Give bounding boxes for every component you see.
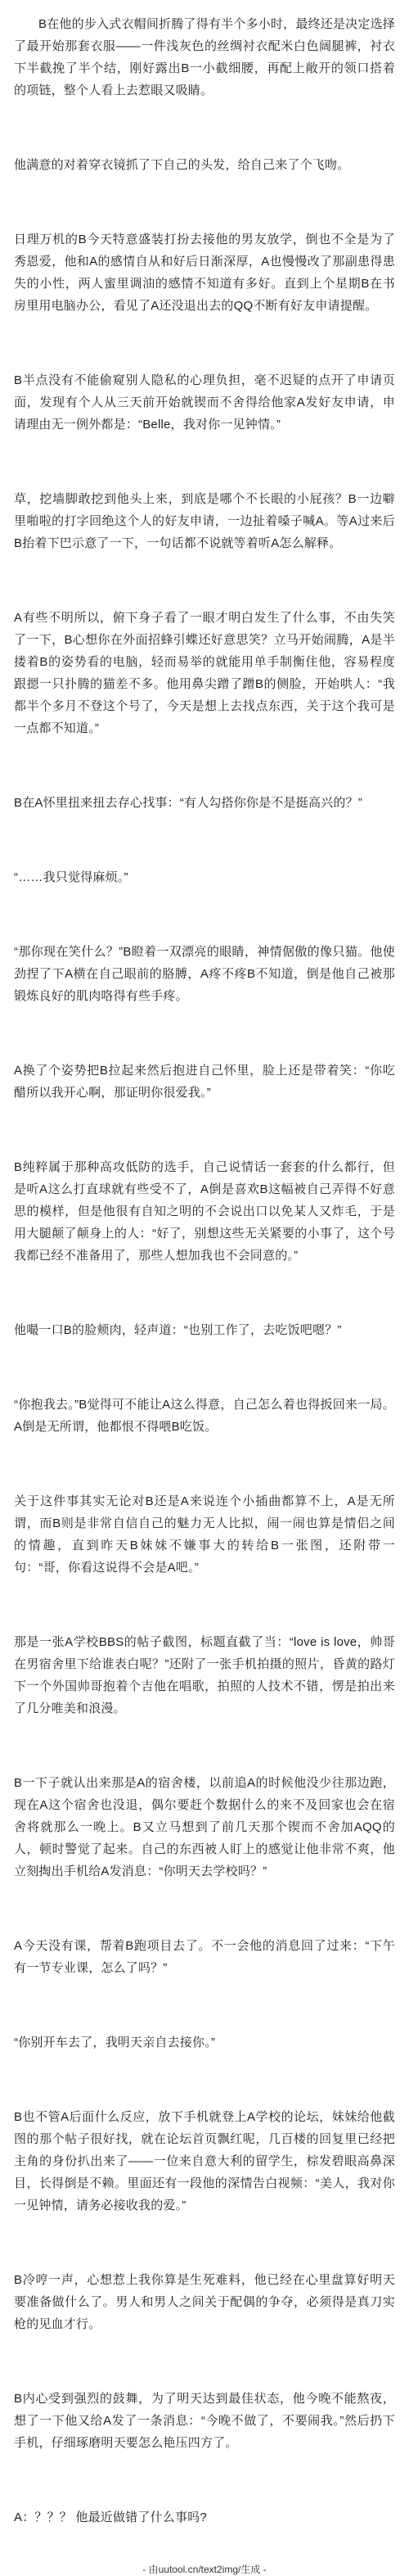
paragraph: “你别开车去了，我明天亲自去接你。” (14, 2031, 395, 2054)
paragraph: B在A怀里扭来扭去存心找事：“有人勾搭你你是不是挺高兴的？” (14, 792, 395, 814)
paragraph: “那你现在笑什么？”B瞪着一双漂亮的眼睛，神情倨傲的像只猫。他使劲捏了下A横在自… (14, 941, 395, 1007)
paragraph: 他满意的对着穿衣镜抓了下自己的头发，给自己来了个飞吻。 (14, 154, 395, 176)
story-text: B在他的步入式衣帽间折腾了得有半个多小时，最终还是决定选择了最开始那套衣服——一… (0, 0, 409, 2529)
paragraph: 那是一张A学校BBS的帖子截图，标题直截了当：“love is love，帅哥在… (14, 1631, 395, 1720)
paragraph: A有些不明所以，俯下身子看了一眼才明白发生了什么事，不由失笑了一下，B心想你在外… (14, 607, 395, 739)
generator-credit: - 由uutool.cn/text2img/生成 - (0, 2563, 409, 2576)
paragraph: B冷哼一声，心想惹上我你算是生死难料，他已经在心里盘算好明天要准备做什么了。男人… (14, 2269, 395, 2335)
paragraph: B一下子就认出来那是A的宿舍楼，以前追A的时候他没少往那边跑，现在A这个宿舍也没… (14, 1772, 395, 1882)
paragraph: A今天没有课，帮着B跑项目去了。不一会他的消息回了过来：“下午有一节专业课，怎么… (14, 1935, 395, 1979)
paragraph: B半点没有不能偷窥别人隐私的心理负担，毫不迟疑的点开了申请页面，发现有个人从三天… (14, 369, 395, 436)
paragraph: 关于这件事其实无论对B还是A来说连个小插曲都算不上，A是无所谓，而B则是非常自信… (14, 1490, 395, 1579)
paragraph: A换了个姿势把B拉起来然后抱进自己怀里，脸上还是带着笑：“你吃醋所以我开心啊，那… (14, 1060, 395, 1104)
paragraph: A：？？？ 他最近做错了什么事吗? (14, 2506, 395, 2529)
paragraph: 他嘬一口B的脸颊肉，轻声道：“也别工作了，去吃饭吧嗯？” (14, 1319, 395, 1341)
paragraph: B在他的步入式衣帽间折腾了得有半个多小时，最终还是决定选择了最开始那套衣服——一… (14, 13, 395, 102)
paragraph: B纯粹属于那种高攻低防的选手，自己说情话一套套的什么都行，但是听A这么打直球就有… (14, 1156, 395, 1267)
paragraph: 草，挖墙脚敢挖到他头上来，到底是哪个不长眼的小屁孩？B一边噼里啪啦的打字回绝这个… (14, 488, 395, 554)
paragraph: “……我只觉得麻烦。” (14, 866, 395, 888)
paragraph: 日理万机的B今天特意盛装打扮去接他的男友放学，倒也不全是为了秀恩爱，他和A的感情… (14, 228, 395, 317)
paragraph: B内心受到强烈的鼓舞，为了明天达到最佳状态，他今晚不能熬夜，想了一下他又给A发了… (14, 2388, 395, 2454)
paragraph: B也不管A后面什么反应，放下手机就登上A学校的论坛，妹妹给他截图的那个帖子很好找… (14, 2106, 395, 2217)
paragraph: “你抱我去。”B觉得可不能让A这么得意，自己怎么着也得扳回来一局。A倒是无所谓，… (14, 1394, 395, 1438)
